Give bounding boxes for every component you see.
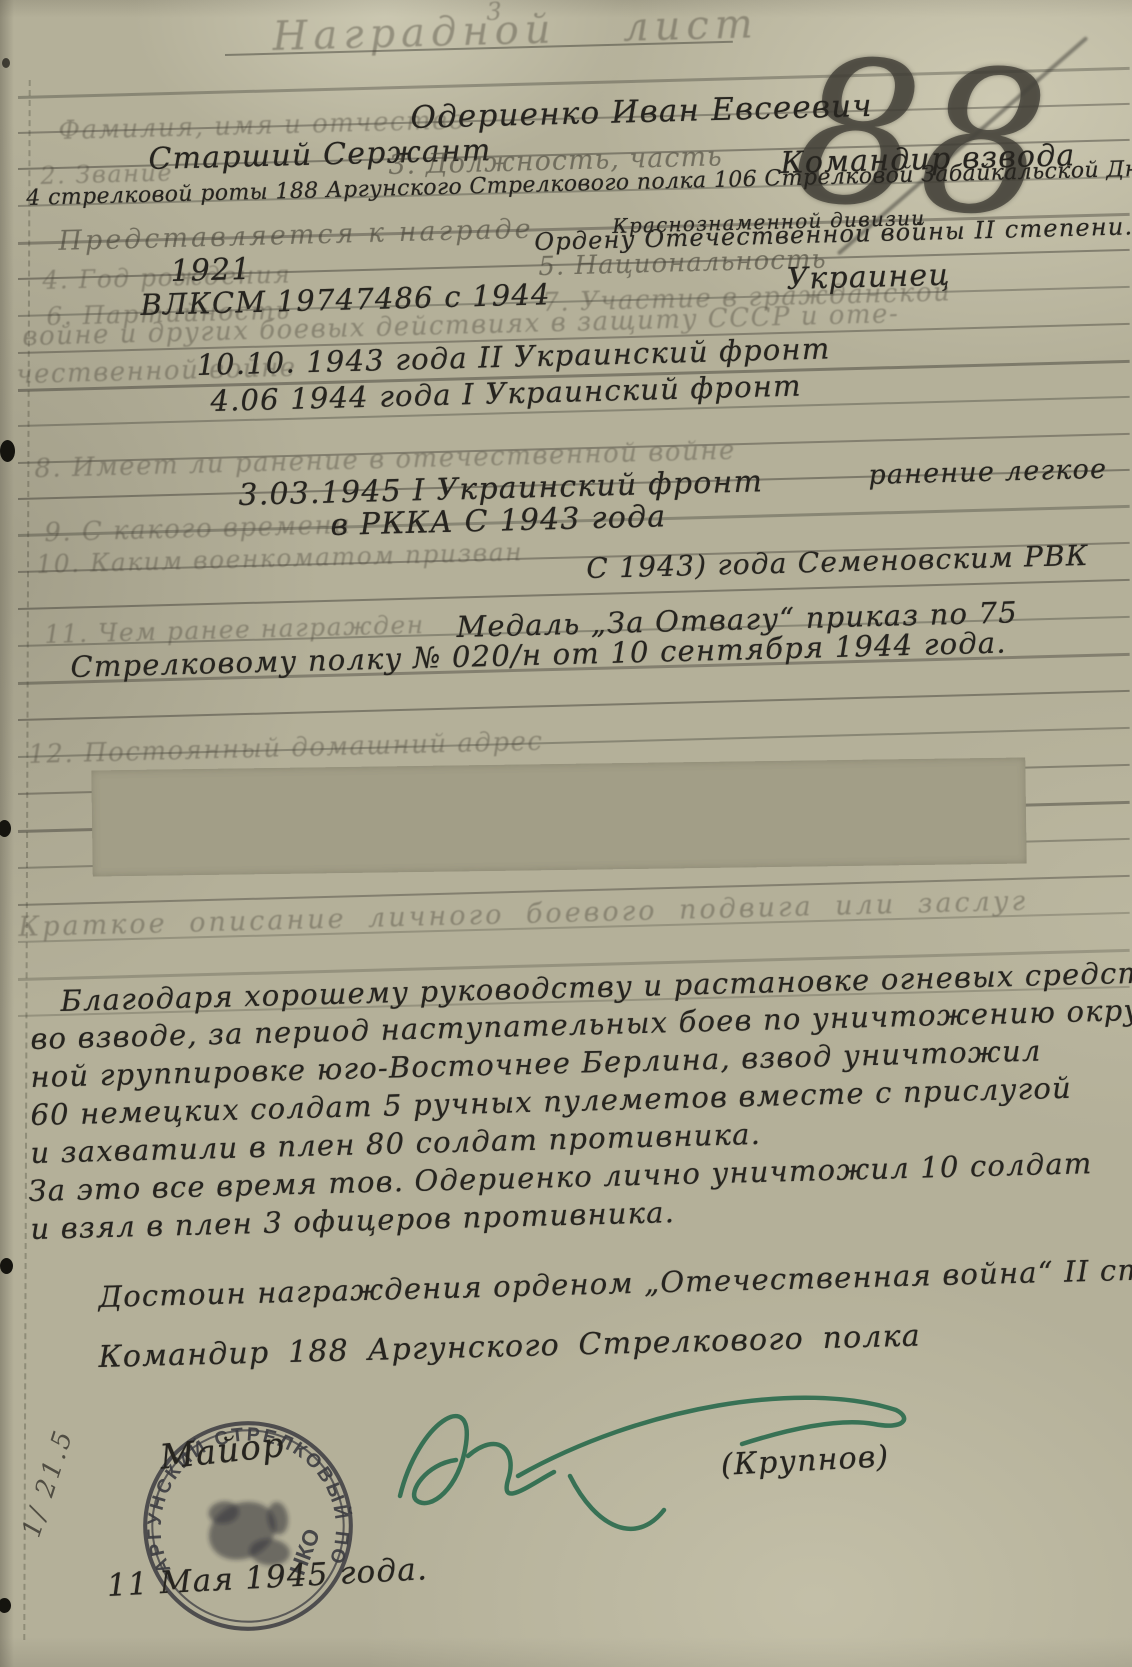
nationality-label: 5. Национальность — [538, 244, 827, 282]
feat-heading: Краткое описание личного боевого подвига… — [18, 886, 1029, 943]
edge-hole — [0, 1598, 11, 1613]
drafted-value: С 1943) года Семеновским РВК — [586, 539, 1089, 585]
verdict-line: Достоин награждения орденом „Отечественн… — [98, 1250, 1132, 1314]
document-title: Наградной лист — [272, 1, 759, 60]
margin-note: 1/ 21.5 — [17, 1425, 80, 1541]
page-note: 3 — [486, 0, 504, 26]
edge-hole — [0, 1258, 13, 1274]
birth-value: 1921 — [170, 252, 252, 289]
wound-value-1: ранение легкое — [868, 454, 1108, 491]
award-label: Представляется к награде — [58, 214, 534, 257]
edge-hole — [0, 440, 15, 462]
edge-speck — [2, 58, 10, 68]
rkka-value: в РККА С 1943 года — [330, 499, 667, 543]
address-label: 12. Постоянный домашний адрес — [28, 727, 544, 770]
edge-hole — [0, 820, 11, 837]
ruled-line — [18, 690, 1130, 721]
award-sheet-document: Наградной лист 3 88 Фамилия, имя и отчес… — [0, 0, 1132, 1667]
commander-signature — [356, 1364, 946, 1564]
redacted-address-box — [91, 757, 1026, 876]
